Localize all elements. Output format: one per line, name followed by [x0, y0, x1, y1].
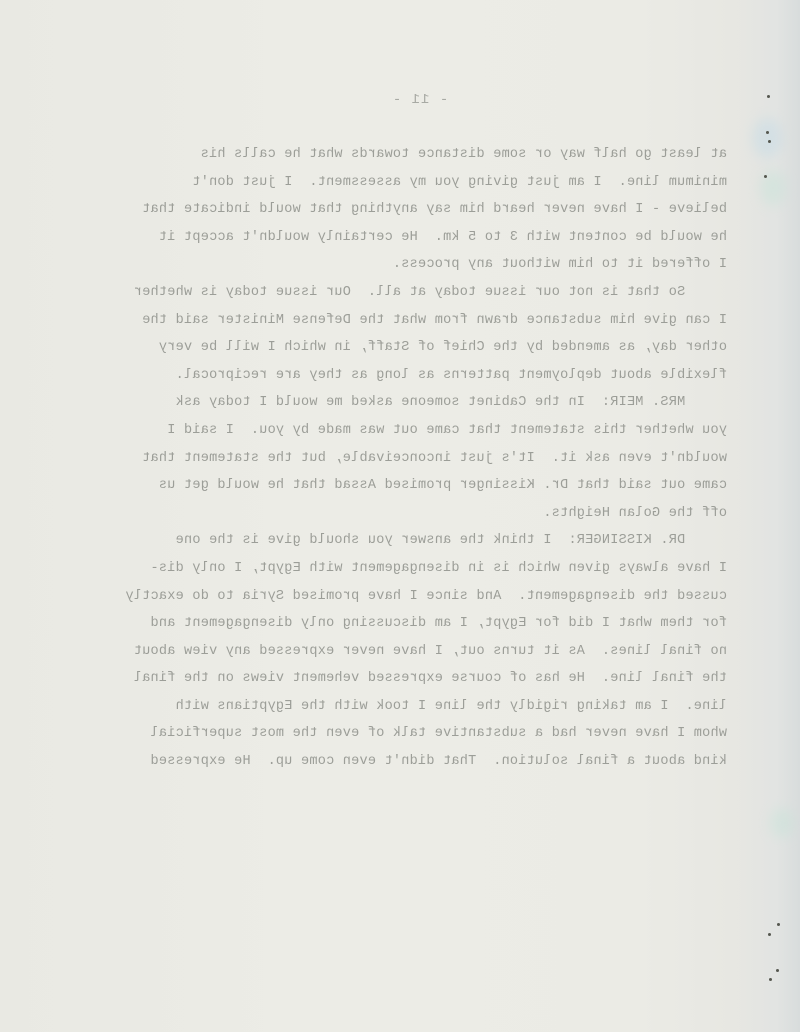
text-line: the final line. He has of course express…: [67, 665, 727, 693]
text-line: flexible about deployment patterns as lo…: [67, 362, 727, 390]
text-line: whom I have never had a substantive talk…: [67, 720, 727, 748]
paper-speck: [776, 969, 779, 972]
document-body: at least go half way or some distance to…: [67, 141, 727, 776]
paper-speck: [768, 140, 771, 143]
document-page: - 11 - at least go half way or some dist…: [0, 0, 800, 1032]
page-number: - 11 -: [380, 92, 460, 108]
paper-speck: [769, 978, 772, 981]
text-line: other day, as amended by the Chief of St…: [67, 334, 727, 362]
text-line: came out said that Dr. Kissinger promise…: [67, 472, 727, 500]
text-line: off the Golan Heights.: [67, 500, 727, 528]
text-line: he would be content with 3 to 5 km. He c…: [67, 224, 727, 252]
paper-speck: [767, 95, 770, 98]
text-line: at least go half way or some distance to…: [67, 141, 727, 169]
text-line: for them what I did for Egypt, I am disc…: [67, 610, 727, 638]
text-line: I have always given which is in disengag…: [67, 555, 727, 583]
text-line: minimum line. I am just giving you my as…: [67, 169, 727, 197]
text-line: no final lines. As it turns out, I have …: [67, 638, 727, 666]
text-line: DR. KISSINGER: I think the answer you sh…: [67, 527, 727, 555]
paper-speck: [766, 131, 769, 134]
bleed-through-layer: - 11 - at least go half way or some dist…: [0, 0, 800, 1032]
paper-speck: [768, 933, 771, 936]
text-line: cussed the disengagement. And since I ha…: [67, 583, 727, 611]
text-line: kind about a final solution. That didn't…: [67, 748, 727, 776]
text-line: MRS. MEIR: In the Cabinet someone asked …: [67, 389, 727, 417]
text-line: wouldn't even ask it. It's just inconcei…: [67, 445, 727, 473]
paper-speck: [764, 175, 767, 178]
text-line: you whether this statement that came out…: [67, 417, 727, 445]
text-line: believe - I have never heard him say any…: [67, 196, 727, 224]
text-line: So that is not our issue today at all. O…: [67, 279, 727, 307]
paper-speck: [777, 923, 780, 926]
text-line: I offered it to him without any process.: [67, 251, 727, 279]
text-line: line. I am taking rigidly the line I too…: [67, 693, 727, 721]
text-line: I can give him substance drawn from what…: [67, 307, 727, 335]
